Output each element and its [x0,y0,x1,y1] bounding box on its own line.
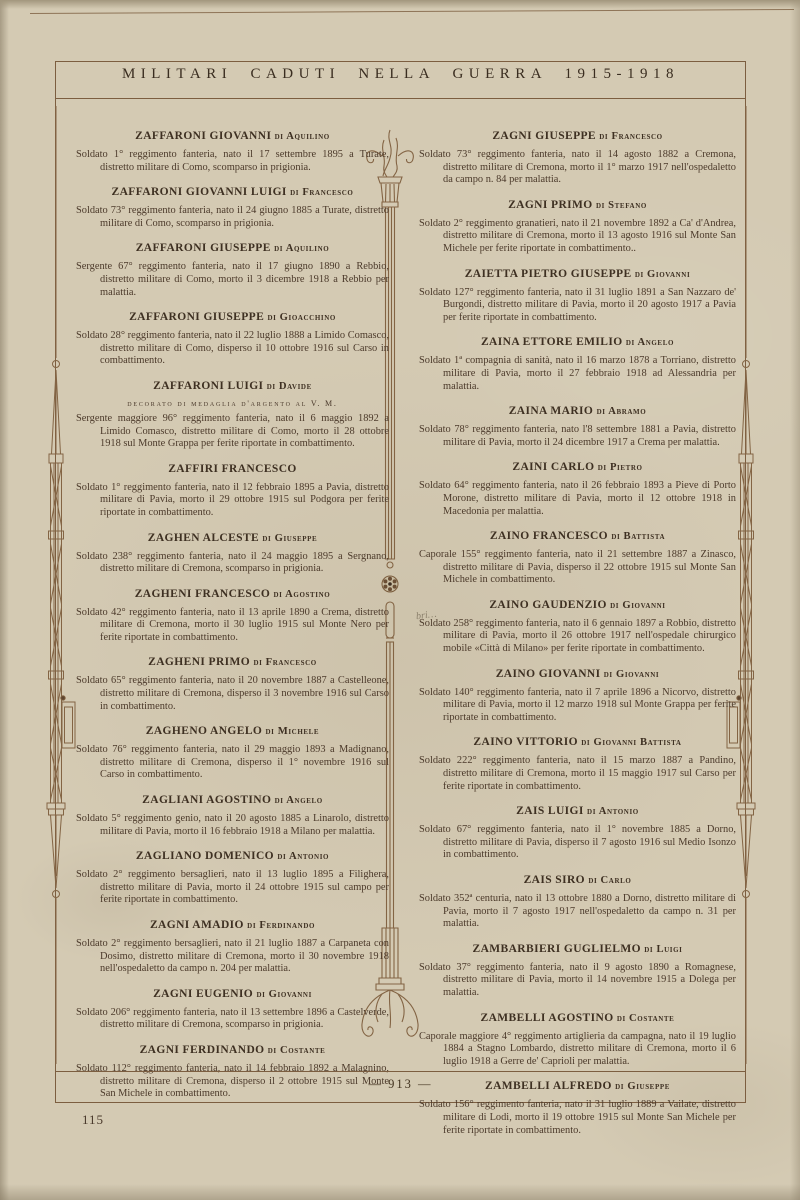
entry-surname-name: ZAFFARONI GIOVANNI [135,130,271,142]
entry-surname-name: ZAGHEN ALCESTE [148,532,259,544]
entry-biography: Soldato 1° reggimento fanteria, nato il … [76,149,389,174]
entry-biography: Soldato 2° reggimento bersaglieri, nato … [76,938,389,976]
entry-filiation: di Giovanni Battista [581,737,681,748]
entry-filiation: di Giovanni [635,269,690,280]
memorial-entry: ZAINO VITTORIO di Giovanni BattistaSolda… [419,736,736,793]
entry-name-heading: ZAINO VITTORIO di Giovanni Battista [419,736,736,749]
entry-filiation: di Costante [617,1013,675,1024]
memorial-entry: ZAFFARONI GIOVANNI LUIGI di FrancescoSol… [76,186,389,230]
memorial-entry: ZAFFIRI FRANCESCOSoldato 1° reggimento f… [76,463,389,520]
memorial-entry: ZAGNI GIUSEPPE di FrancescoSoldato 73° r… [419,130,736,187]
entry-surname-name: ZAFFARONI GIUSEPPE [129,311,264,323]
memorial-entry: ZAINO GAUDENZIO di GiovanniSoldato 258° … [419,599,736,656]
entry-surname-name: ZAINI CARLO [512,461,594,473]
entry-name-heading: ZAINO GIOVANNI di Giovanni [419,668,736,681]
entry-name-heading: ZAFFIRI FRANCESCO [76,463,389,476]
memorial-entry: ZAFFARONI GIUSEPPE di AquilinoSergente 6… [76,242,389,299]
memorial-entry: ZAFFARONI LUIGI di Davidedecorato di med… [76,380,389,451]
entry-filiation: di Antonio [277,851,329,862]
entry-biography: Soldato 5° reggimento genio, nato il 20 … [76,813,389,838]
entry-filiation: di Pietro [598,462,643,473]
entry-biography: Soldato 1° reggimento fanteria, nato il … [76,482,389,520]
entry-name-heading: ZAMBELLI AGOSTINO di Costante [419,1012,736,1025]
entry-name-heading: ZAGHEN ALCESTE di Giuseppe [76,532,389,545]
entry-biography: Soldato 238° reggimento fanteria, nato i… [76,551,389,576]
right-column: ZAGNI GIUSEPPE di FrancescoSoldato 73° r… [419,130,736,1149]
entry-filiation: di Giuseppe [262,533,317,544]
entry-name-heading: ZAGHENO ANGELO di Michele [76,725,389,738]
memorial-entry: ZAGNI EUGENIO di GiovanniSoldato 206° re… [76,988,389,1032]
entry-biography: Soldato 127° reggimento fanteria, nato i… [419,287,736,325]
entry-name-heading: ZAGHENI PRIMO di Francesco [76,656,389,669]
entry-name-heading: ZAFFARONI GIUSEPPE di Aquilino [76,242,389,255]
entry-filiation: di Agostino [274,589,331,600]
entry-surname-name: ZAGNI GIUSEPPE [492,130,596,142]
entry-biography: Sergente 67° reggimento fanteria, nato i… [76,261,389,299]
entry-surname-name: ZAMBARBIERI GUGLIELMO [473,943,641,955]
entry-surname-name: ZAGNI AMADIO [150,919,244,931]
footer-page-number: — 913 — [55,1077,746,1092]
entry-biography: Soldato 73° reggimento fanteria, nato il… [76,205,389,230]
entry-biography: Sergente maggiore 96° reggimento fanteri… [76,413,389,451]
entry-filiation: di Luigi [644,944,682,955]
entry-biography: Soldato 140° reggimento fanteria, nato i… [419,687,736,725]
entry-biography: Soldato 65° reggimento fanteria, nato il… [76,675,389,713]
entry-filiation: di Francesco [253,657,316,668]
entry-biography: Soldato 2° reggimento bersaglieri, nato … [76,869,389,907]
book-page-scan: MILITARI CADUTI NELLA GUERRA 1915-1918 [0,0,800,1200]
entry-biography: Caporale 155° reggimento fanteria, nato … [419,549,736,587]
entry-filiation: di Gioacchino [267,312,335,323]
entry-name-heading: ZAGLIANO DOMENICO di Antonio [76,850,389,863]
memorial-entry: ZAGHENI PRIMO di FrancescoSoldato 65° re… [76,656,389,713]
entry-surname-name: ZAIS SIRO [524,874,585,886]
entry-surname-name: ZAGHENO ANGELO [146,725,262,737]
entry-surname-name: ZAGNI FERDINANDO [140,1044,265,1056]
entry-surname-name: ZAIETTA PIETRO GIUSEPPE [465,268,632,280]
entry-surname-name: ZAFFARONI GIOVANNI LUIGI [112,186,287,198]
entry-biography: Soldato 76° reggimento fanteria, nato il… [76,744,389,782]
entry-biography: Soldato 2° reggimento granatieri, nato i… [419,218,736,256]
memorial-entry: ZAINA MARIO di AbramoSoldato 78° reggime… [419,405,736,449]
entry-surname-name: ZAFFARONI LUIGI [153,380,263,392]
entry-biography: Soldato 352ª centuria, nato il 13 ottobr… [419,893,736,931]
entry-biography: Soldato 258° reggimento fanteria, nato i… [419,618,736,656]
entry-filiation: di Aquilino [275,131,330,142]
entry-filiation: di Antonio [587,806,639,817]
entry-filiation: di Francesco [599,131,662,142]
corner-sheet-number: 115 [82,1112,104,1128]
entry-surname-name: ZAGLIANI AGOSTINO [142,794,271,806]
memorial-entry: ZAIS SIRO di CarloSoldato 352ª centuria,… [419,874,736,931]
memorial-entry: ZAGHENO ANGELO di MicheleSoldato 76° reg… [76,725,389,782]
entry-name-heading: ZAGLIANI AGOSTINO di Angelo [76,794,389,807]
memorial-entry: ZAINA ETTORE EMILIO di AngeloSoldato 1ª … [419,336,736,393]
entry-filiation: di Davide [267,381,312,392]
entry-name-heading: ZAFFARONI GIOVANNI LUIGI di Francesco [76,186,389,199]
entry-filiation: di Angelo [626,337,674,348]
left-column: ZAFFARONI GIOVANNI di AquilinoSoldato 1°… [76,130,389,1113]
entry-surname-name: ZAINO VITTORIO [473,736,578,748]
entry-filiation: di Ferdinando [247,920,315,931]
memorial-entry: ZAIS LUIGI di AntonioSoldato 67° reggime… [419,805,736,862]
header-bottom-rule [55,98,746,99]
entry-surname-name: ZAINA MARIO [509,405,594,417]
entry-surname-name: ZAINO GIOVANNI [496,668,601,680]
entry-filiation: di Stefano [596,200,647,211]
entry-biography: Soldato 78° reggimento fanteria, nato l'… [419,424,736,449]
entry-biography: Soldato 64° reggimento fanteria, nato il… [419,480,736,518]
entry-name-heading: ZAGNI AMADIO di Ferdinando [76,919,389,932]
memorial-entry: ZAFFARONI GIUSEPPE di GioacchinoSoldato … [76,311,389,368]
entry-biography: Soldato 73° reggimento fanteria, nato il… [419,149,736,187]
entry-surname-name: ZAGHENI PRIMO [148,656,250,668]
memorial-entry: ZAFFARONI GIOVANNI di AquilinoSoldato 1°… [76,130,389,174]
entry-name-heading: ZAINI CARLO di Pietro [419,461,736,474]
entry-biography: Caporale maggiore 4° reggimento artiglie… [419,1031,736,1069]
entry-filiation: di Giovanni [256,989,311,1000]
entry-name-heading: ZAINA MARIO di Abramo [419,405,736,418]
memorial-entry: ZAGHEN ALCESTE di GiuseppeSoldato 238° r… [76,532,389,576]
entry-name-heading: ZAMBARBIERI GUGLIELMO di Luigi [419,943,736,956]
memorial-entry: ZAGNI FERDINANDO di CostanteSoldato 112°… [76,1044,389,1101]
entry-filiation: di Carlo [588,875,631,886]
entry-name-heading: ZAGNI FERDINANDO di Costante [76,1044,389,1057]
entry-surname-name: ZAFFIRI FRANCESCO [168,463,297,475]
entry-biography: Soldato 42° reggimento fanteria, nato il… [76,607,389,645]
memorial-entry: ZAGNI PRIMO di StefanoSoldato 2° reggime… [419,199,736,256]
entry-surname-name: ZAINO FRANCESCO [490,530,608,542]
entry-biography: Soldato 222° reggimento fanteria, nato i… [419,755,736,793]
memorial-entry: ZAGHENI FRANCESCO di AgostinoSoldato 42°… [76,588,389,645]
entry-surname-name: ZAGNI PRIMO [508,199,593,211]
footer-top-rule [55,1071,746,1072]
memorial-entry: ZAGLIANO DOMENICO di AntonioSoldato 2° r… [76,850,389,907]
entry-filiation: di Michele [266,726,320,737]
entry-filiation: di Francesco [290,187,353,198]
entry-name-heading: ZAGNI PRIMO di Stefano [419,199,736,212]
entry-name-heading: ZAGHENI FRANCESCO di Agostino [76,588,389,601]
entry-name-heading: ZAGNI GIUSEPPE di Francesco [419,130,736,143]
memorial-entry: ZAMBELLI AGOSTINO di CostanteCaporale ma… [419,1012,736,1069]
entry-name-heading: ZAGNI EUGENIO di Giovanni [76,988,389,1001]
memorial-entry: ZAGLIANI AGOSTINO di AngeloSoldato 5° re… [76,794,389,838]
entry-name-heading: ZAFFARONI GIUSEPPE di Gioacchino [76,311,389,324]
entry-biography: Soldato 37° reggimento fanteria, nato il… [419,962,736,1000]
entry-surname-name: ZAIS LUIGI [516,805,584,817]
memorial-entry: ZAGNI AMADIO di FerdinandoSoldato 2° reg… [76,919,389,976]
top-edge-rule [30,9,794,14]
memorial-entry: ZAINI CARLO di PietroSoldato 64° reggime… [419,461,736,518]
entry-surname-name: ZAGNI EUGENIO [153,988,253,1000]
entry-filiation: di Battista [611,531,665,542]
entry-honor-line: decorato di medaglia d'argento al V. M. [76,399,389,408]
entry-filiation: di Abramo [597,406,647,417]
entry-biography: Soldato 156° reggimento fanteria, nato i… [419,1099,736,1137]
memorial-entry: ZAMBARBIERI GUGLIELMO di LuigiSoldato 37… [419,943,736,1000]
entry-name-heading: ZAINO FRANCESCO di Battista [419,530,736,543]
entry-name-heading: ZAINO GAUDENZIO di Giovanni [419,599,736,612]
entry-surname-name: ZAGLIANO DOMENICO [136,850,274,862]
entry-biography: Soldato 206° reggimento fanteria, nato i… [76,1007,389,1032]
entry-surname-name: ZAMBELLI AGOSTINO [481,1012,614,1024]
entry-filiation: di Aquilino [274,243,329,254]
entry-surname-name: ZAFFARONI GIUSEPPE [136,242,271,254]
page-title: MILITARI CADUTI NELLA GUERRA 1915-1918 [55,66,746,83]
entry-filiation: di Angelo [275,795,323,806]
memorial-entry: ZAINO GIOVANNI di GiovanniSoldato 140° r… [419,668,736,725]
entry-name-heading: ZAFFARONI LUIGI di Davide [76,380,389,393]
entry-filiation: di Giovanni [604,669,659,680]
entry-filiation: di Giovanni [610,600,665,611]
entry-biography: Soldato 28° reggimento fanteria, nato il… [76,330,389,368]
entry-filiation: di Costante [268,1045,326,1056]
entry-name-heading: ZAIETTA PIETRO GIUSEPPE di Giovanni [419,268,736,281]
memorial-entry: ZAINO FRANCESCO di BattistaCaporale 155°… [419,530,736,587]
entry-biography: Soldato 1ª compagnia di sanità, nato il … [419,355,736,393]
lance-border-ornament-left [36,106,76,1066]
entry-surname-name: ZAINO GAUDENZIO [489,599,607,611]
entry-name-heading: ZAIS SIRO di Carlo [419,874,736,887]
entry-name-heading: ZAINA ETTORE EMILIO di Angelo [419,336,736,349]
entry-name-heading: ZAIS LUIGI di Antonio [419,805,736,818]
entry-name-heading: ZAFFARONI GIOVANNI di Aquilino [76,130,389,143]
entry-surname-name: ZAINA ETTORE EMILIO [481,336,623,348]
entry-biography: Soldato 67° reggimento fanteria, nato il… [419,824,736,862]
memorial-entry: ZAIETTA PIETRO GIUSEPPE di GiovanniSolda… [419,268,736,325]
entry-surname-name: ZAGHENI FRANCESCO [135,588,271,600]
